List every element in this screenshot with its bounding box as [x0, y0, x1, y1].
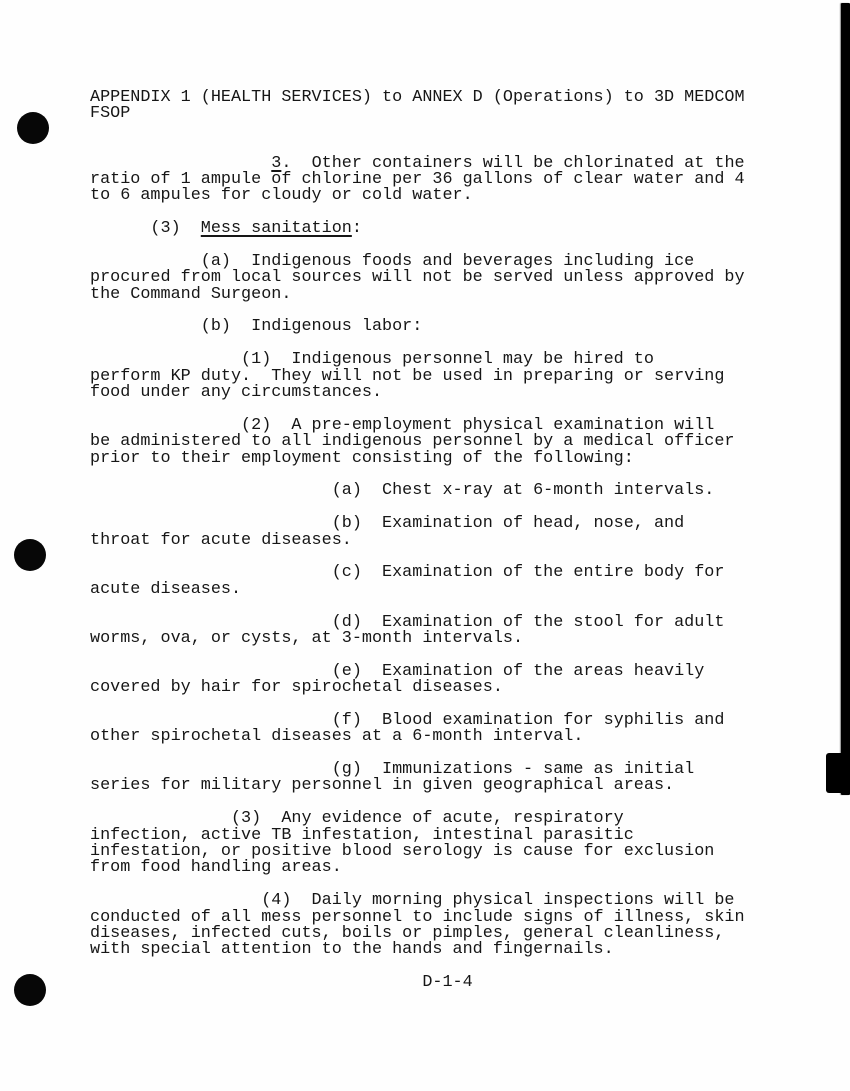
- text-segment: covered by hair for spirochetal diseases…: [90, 678, 503, 697]
- document-page: APPENDIX 1 (HEALTH SERVICES) to ANNEX D …: [0, 0, 850, 1091]
- document-line: series for military personnel in given g…: [90, 778, 745, 794]
- document-line: throat for acute diseases.: [90, 533, 745, 549]
- hole-punch-mark-middle: [14, 539, 46, 571]
- text-segment: the Command Surgeon.: [90, 285, 291, 304]
- text-segment: to 6 ampules for cloudy or cold water.: [90, 186, 473, 205]
- text-segment: throat for acute diseases.: [90, 531, 352, 550]
- underlined-text: Mess sanitation: [201, 219, 352, 238]
- document-line: (3) Mess sanitation:: [90, 221, 745, 237]
- text-segment: D-1-4: [90, 973, 473, 992]
- document-line: FSOP: [90, 106, 745, 122]
- document-line: from food handling areas.: [90, 860, 745, 876]
- document-line: D-1-4: [90, 975, 745, 991]
- document-line: with special attention to the hands and …: [90, 942, 745, 958]
- scan-edge-artifact-bar: [841, 3, 850, 795]
- text-segment: from food handling areas.: [90, 858, 342, 877]
- text-segment: worms, ova, or cysts, at 3-month interva…: [90, 629, 523, 648]
- document-line: to 6 ampules for cloudy or cold water.: [90, 188, 745, 204]
- document-line: acute diseases.: [90, 582, 745, 598]
- document-line: (a) Chest x-ray at 6-month intervals.: [90, 483, 745, 499]
- text-segment: (3): [90, 219, 201, 238]
- document-line: APPENDIX 1 (HEALTH SERVICES) to ANNEX D …: [90, 90, 745, 106]
- text-segment: with special attention to the hands and …: [90, 940, 614, 959]
- document-line: [90, 123, 745, 139]
- text-segment: (a) Chest x-ray at 6-month intervals.: [90, 481, 714, 500]
- text-segment: other spirochetal diseases at a 6-month …: [90, 727, 583, 746]
- document-line: food under any circumstances.: [90, 385, 745, 401]
- hole-punch-mark-top: [17, 112, 49, 144]
- text-segment: series for military personnel in given g…: [90, 776, 674, 795]
- document-line: prior to their employment consisting of …: [90, 451, 745, 467]
- document-line: (b) Indigenous labor:: [90, 319, 745, 335]
- document-line: worms, ova, or cysts, at 3-month interva…: [90, 631, 745, 647]
- document-line: other spirochetal diseases at a 6-month …: [90, 729, 745, 745]
- document-line: covered by hair for spirochetal diseases…: [90, 680, 745, 696]
- text-segment: acute diseases.: [90, 580, 241, 599]
- document-text-body: APPENDIX 1 (HEALTH SERVICES) to ANNEX D …: [90, 90, 745, 991]
- hole-punch-mark-bottom: [14, 974, 46, 1006]
- text-segment: APPENDIX 1 (HEALTH SERVICES) to ANNEX D …: [90, 88, 745, 107]
- text-segment: (b) Indigenous labor:: [90, 317, 422, 336]
- document-line: the Command Surgeon.: [90, 287, 745, 303]
- scan-edge-artifact-blob: [826, 753, 848, 793]
- text-segment: :: [352, 219, 362, 238]
- text-segment: food under any circumstances.: [90, 383, 382, 402]
- text-segment: prior to their employment consisting of …: [90, 449, 634, 468]
